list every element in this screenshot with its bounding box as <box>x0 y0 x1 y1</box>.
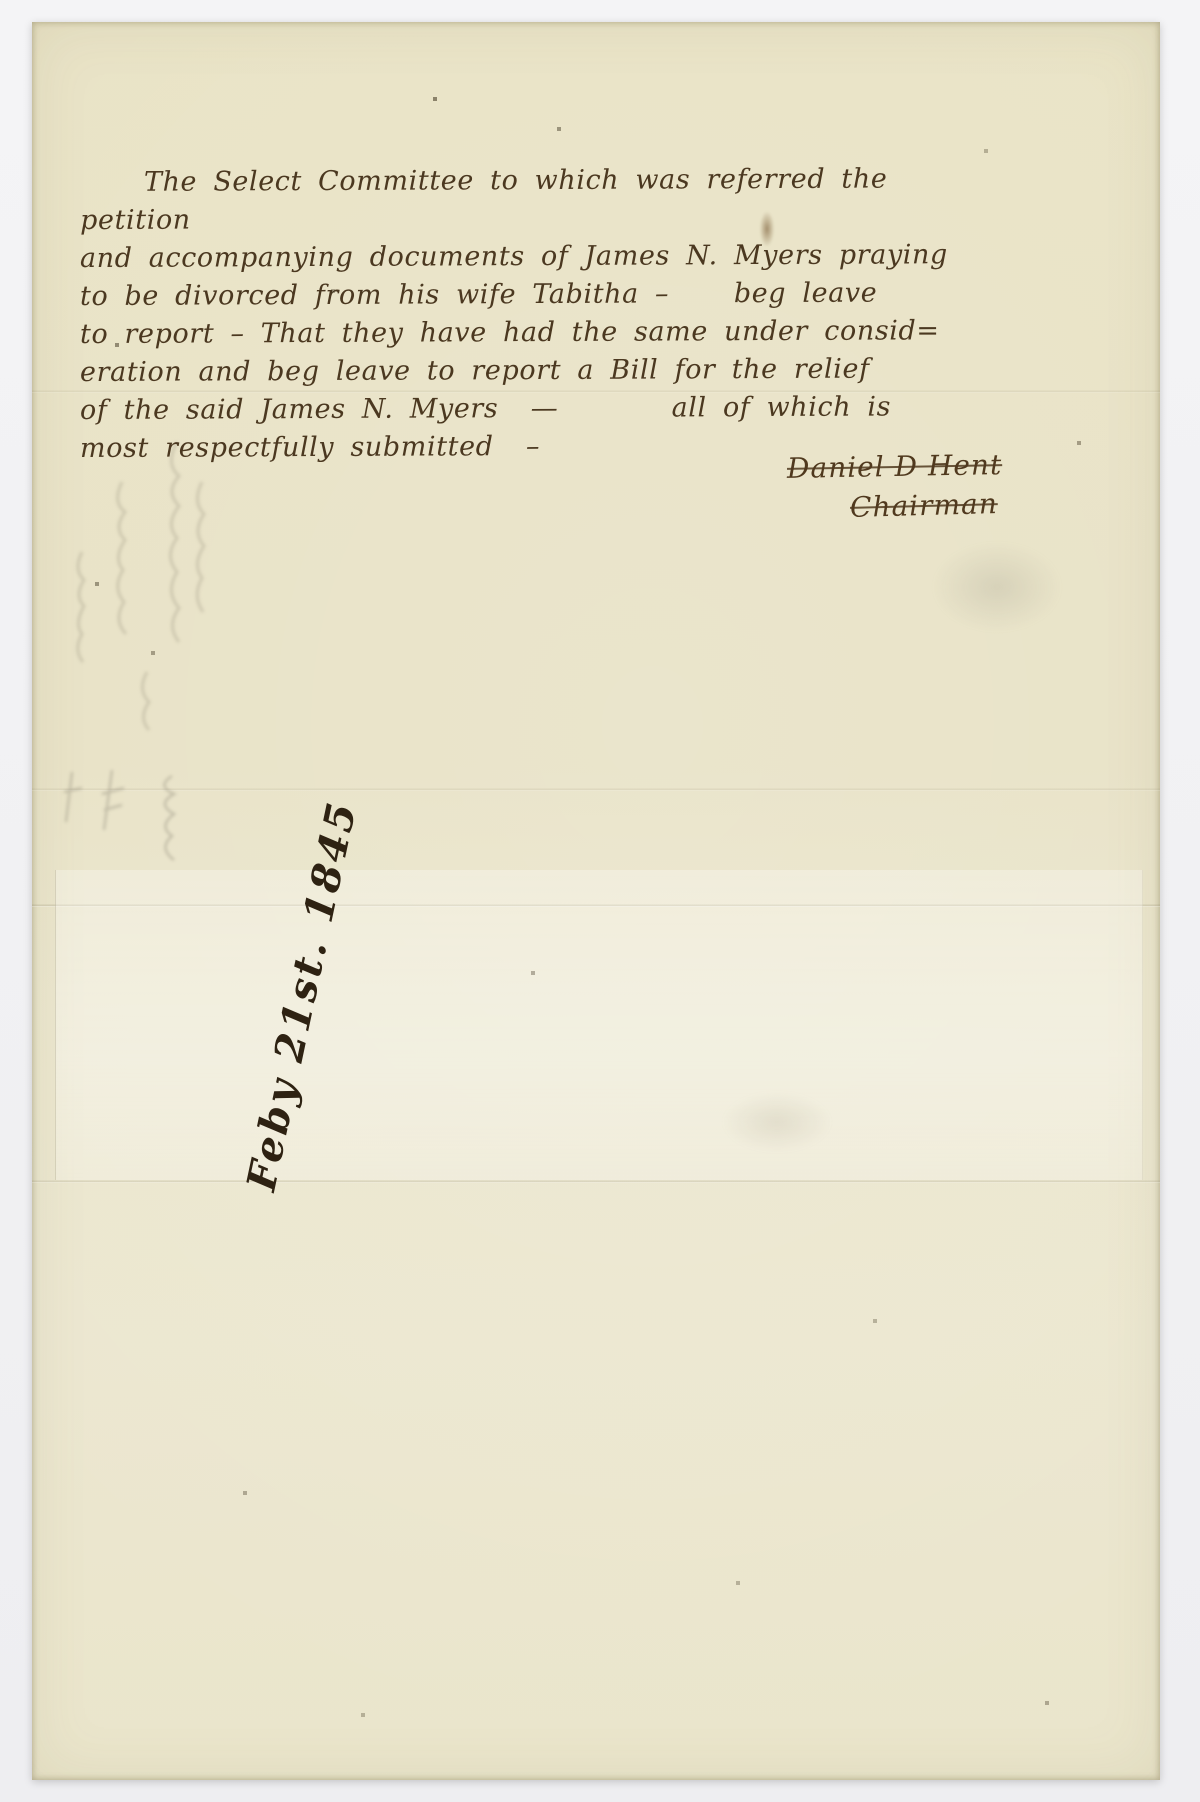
text-line: to report – That they have had the same … <box>80 312 1010 354</box>
fold-crease-middle <box>32 788 1160 791</box>
pencil-marks <box>52 762 252 902</box>
manuscript-paper: The Select Committee to which was referr… <box>32 22 1160 1780</box>
text-line: eration and beg leave to report a Bill f… <box>80 350 1010 392</box>
ink-bleed-through <box>27 422 237 782</box>
fold-crease-lower <box>32 904 1160 907</box>
signature-name: Daniel D Hent <box>787 448 1003 485</box>
paper-specks <box>32 22 34 24</box>
signature-block: Daniel D Hent Chairman <box>632 450 1002 522</box>
text-line: to be divorced from his wife Tabitha – b… <box>80 274 1010 316</box>
paper-smudge <box>932 542 1062 632</box>
signature-title: Chairman <box>850 487 999 524</box>
text-line: of the said James N. Myers — all of whic… <box>80 388 1010 430</box>
inner-fold-panel <box>55 870 1143 1180</box>
fold-crease-bottom <box>32 1180 1160 1183</box>
paper-smudge-2 <box>722 1092 832 1152</box>
text-line: and accompanying documents of James N. M… <box>80 236 1010 278</box>
date-annotation: Feby 21st. 1845 <box>234 780 369 1210</box>
text-line: The Select Committee to which was referr… <box>80 160 1010 240</box>
manuscript-text: The Select Committee to which was referr… <box>80 162 1010 466</box>
